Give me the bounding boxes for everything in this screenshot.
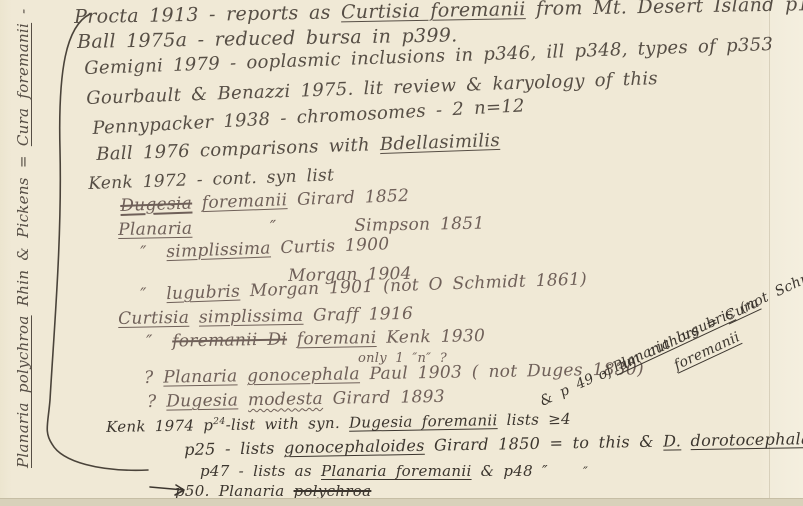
text-segment: ″ xyxy=(140,284,167,305)
text-segment: modesta xyxy=(248,389,323,410)
text-segment: ″ xyxy=(140,242,167,263)
text-segment: polychroa xyxy=(294,482,372,500)
text-segment: Kenk 1974 p xyxy=(106,416,213,436)
text-segment xyxy=(237,366,247,386)
text-segment: Girard 1850 = to this & xyxy=(425,432,664,455)
note-line-19: p47 - lists as Planaria foremanii & p48 … xyxy=(200,464,548,480)
text-segment: ? xyxy=(144,368,163,388)
text-segment: from Mt. Desert Island p128 xyxy=(525,0,803,20)
note-line-8: Dugesia foremanii Girard 1852 xyxy=(120,188,410,216)
text-segment: foremani xyxy=(297,328,377,349)
note-line-6: Ball 1976 comparisons with Bdellasimilis xyxy=(96,132,500,165)
text-segment: lugubris xyxy=(166,282,240,305)
text-segment: dorotocephala xyxy=(690,429,803,450)
text-segment: ″ xyxy=(146,332,172,352)
text-segment: Curtisia foremanii xyxy=(341,0,526,23)
text-segment: lists ≥4 xyxy=(497,410,571,429)
text-segment: p25 - lists xyxy=(184,438,284,459)
note-line-13: Curtisia simplissima Graff 1916 xyxy=(118,306,413,329)
note-line-17: Kenk 1974 p24-list with syn. Dugesia for… xyxy=(106,411,571,436)
text-segment: Ball 1976 comparisons with xyxy=(96,134,380,165)
text-segment: p50. xyxy=(175,482,219,500)
text-segment: Dugesia foremanii xyxy=(349,411,498,432)
text-segment: -list with syn. xyxy=(225,414,349,434)
text-segment: Planaria xyxy=(118,219,193,240)
text-segment: Planaria polychroa xyxy=(14,315,32,468)
text-segment: ? xyxy=(147,392,166,412)
text-segment: foremanii Di xyxy=(172,330,287,352)
text-segment: 24 xyxy=(213,416,226,427)
text-segment: p47 - lists as xyxy=(200,462,321,480)
text-segment: Curtisia xyxy=(118,308,189,329)
text-segment: Girard 1852 xyxy=(287,186,410,210)
text-segment: gonocephaloides xyxy=(284,436,425,457)
text-segment: Curtis 1900 xyxy=(270,234,389,258)
text-segment: Kenk 1930 xyxy=(376,326,485,348)
text-segment: Planaria xyxy=(163,366,238,387)
text-segment: foremanii xyxy=(202,190,288,213)
text-segment: Procta 1913 - reports as xyxy=(74,1,341,28)
note-line-12: ″ lugubris Morgan 1901 (not O Schmidt 18… xyxy=(140,271,587,304)
text-segment: Dugesia xyxy=(166,390,238,411)
text-segment xyxy=(189,308,199,328)
text-segment: gonocephala xyxy=(247,364,360,386)
note-line-14: ″ foremanii Di foremani Kenk 1930 xyxy=(146,328,485,352)
note-line-10: ″ simplissima Curtis 1900 xyxy=(140,236,390,263)
text-segment xyxy=(238,390,248,410)
text-segment: ″ xyxy=(583,465,588,480)
text-segment: Cura foremanii xyxy=(14,23,32,146)
note-line-18: p25 - lists gonocephaloides Girard 1850 … xyxy=(184,431,803,459)
text-segment: Rhin & Pickens = xyxy=(14,146,32,315)
ditto-mark: ″ xyxy=(583,466,588,480)
text-segment: Planaria xyxy=(219,482,285,500)
margin-note: Planaria polychroa Rhin & Pickens = Cura… xyxy=(16,8,32,468)
text-segment: simplissima xyxy=(166,238,271,262)
text-segment: Girard 1893 xyxy=(323,387,445,409)
text-segment xyxy=(681,431,691,450)
text-segment: Dugesia xyxy=(120,193,193,215)
brace-curve xyxy=(47,14,148,470)
text-segment: ″ xyxy=(192,216,354,239)
text-segment: D. xyxy=(663,431,681,450)
text-segment: Graff 1916 xyxy=(303,304,413,326)
text-segment: & p48 ″ xyxy=(472,462,548,480)
text-segment: simplissima xyxy=(199,306,304,328)
text-segment xyxy=(284,482,293,500)
note-line-16: ? Dugesia modesta Girard 1893 xyxy=(147,389,445,412)
text-segment: - xyxy=(14,8,32,22)
text-segment xyxy=(287,329,297,349)
index-card: Procta 1913 - reports as Curtisia forema… xyxy=(0,0,803,506)
text-segment: Bdellasimilis xyxy=(380,130,501,155)
text-segment: Planaria foremanii xyxy=(321,462,472,480)
text-segment: Simpson 1851 xyxy=(354,214,485,236)
note-line-20: p50. Planaria polychroa xyxy=(175,484,371,500)
note-line-9: Planaria ″ Simpson 1851 xyxy=(118,216,485,240)
